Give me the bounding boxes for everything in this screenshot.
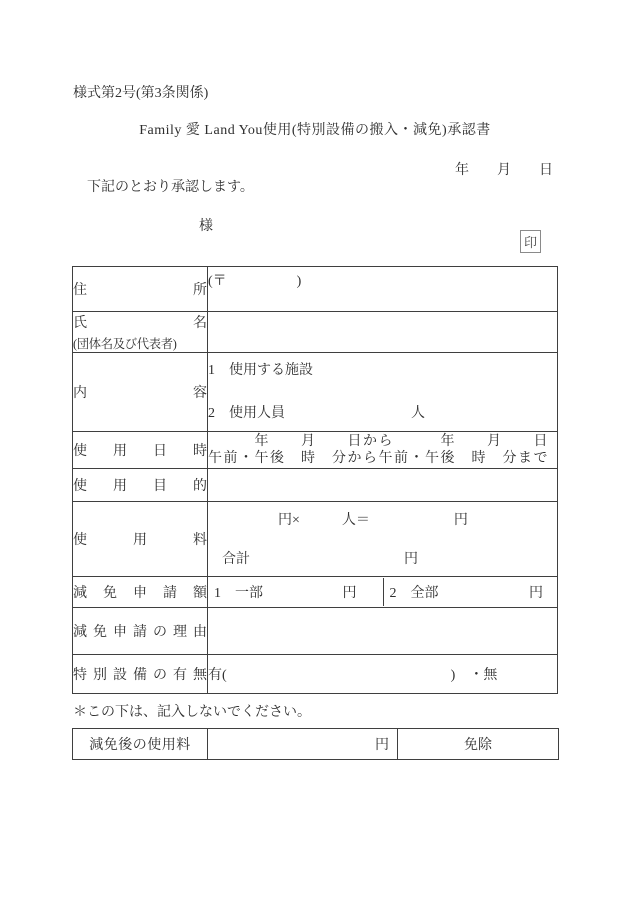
fee-total: 合計 円: [208, 548, 557, 568]
row-content: 内容 1 使用する施設 2 使用人員 人: [73, 353, 558, 432]
special-equipment-label: 特別設備の有無: [73, 664, 207, 684]
fee-after-reduction-label: 減免後の使用料: [73, 729, 208, 760]
name-value: [208, 312, 558, 353]
row-name: 氏名 (団体名及び代表者): [73, 312, 558, 353]
name-label-sub: (団体名及び代表者): [73, 334, 207, 352]
row-fee: 使用料 円× 人＝ 円 合計 円: [73, 502, 558, 577]
reduction-full-label: 2 全部: [390, 582, 439, 602]
form-page: 様式第2号(第3条関係) Family 愛 Land You使用(特別設備の搬入…: [0, 0, 630, 915]
fee-after-reduction-unit: 円: [208, 729, 398, 760]
date-line: 年 月 日: [455, 159, 553, 179]
content-item-persons: 2 使用人員 人: [208, 402, 557, 422]
datetime-label: 使用日時: [73, 440, 207, 460]
exemption-label: 免除: [398, 729, 559, 760]
reduction-partial-cell: 1 一部 円: [208, 578, 383, 606]
office-note: ＊この下は、記入しないでください。: [73, 701, 311, 721]
reduction-partial-unit: 円: [343, 582, 357, 602]
reduction-reason-label: 減免申請の理由: [73, 621, 207, 641]
purpose-value: [208, 469, 558, 502]
fee-label: 使用料: [73, 529, 207, 549]
content-item-facility: 1 使用する施設: [208, 359, 557, 379]
document-title: Family 愛 Land You使用(特別設備の搬入・減免)承認書: [0, 119, 630, 139]
reduction-amount-label: 減免申請額: [73, 582, 207, 602]
seal-box: 印: [520, 230, 541, 253]
address-label: 住所: [73, 279, 207, 299]
addressee-suffix: 様: [199, 215, 213, 235]
row-reduction-amount: 減免申請額 1 一部 円 2 全部 円: [73, 577, 558, 608]
row-datetime: 使用日時 年 月 日から 年 月 日 午前・午後 時 分から午前・午後 時 分ま…: [73, 432, 558, 469]
reduction-partial-label: 1 一部: [214, 582, 263, 602]
reduction-reason-value: [208, 608, 558, 655]
fee-formula: 円× 人＝ 円: [208, 509, 557, 529]
purpose-label: 使用目的: [73, 475, 207, 495]
reduction-full-cell: 2 全部 円: [383, 578, 558, 606]
datetime-line1: 年 月 日から 年 月 日: [208, 433, 557, 450]
row-special-equipment: 特別設備の有無 有( ) ・無: [73, 655, 558, 694]
form-number: 様式第2号(第3条関係): [73, 82, 208, 102]
datetime-line2: 午前・午後 時 分から午前・午後 時 分まで: [208, 450, 557, 467]
special-equipment-value: 有( ) ・無: [208, 664, 557, 684]
seal-mark: 印: [524, 232, 537, 251]
application-table: 住所 (〒 ) 氏名 (団体名及び代表者) 内容 1 使用する施設 2 使用人員…: [72, 266, 558, 694]
approval-statement: 下記のとおり承認します。: [87, 176, 254, 196]
row-address: 住所 (〒 ): [73, 267, 558, 312]
office-row: 減免後の使用料 円 免除: [73, 729, 559, 760]
content-label: 内容: [73, 382, 207, 402]
office-use-table: 減免後の使用料 円 免除: [72, 728, 559, 760]
row-reduction-reason: 減免申請の理由: [73, 608, 558, 655]
address-value: (〒 ): [208, 270, 557, 290]
row-purpose: 使用目的: [73, 469, 558, 502]
name-label: 氏名: [73, 312, 207, 332]
reduction-full-unit: 円: [529, 582, 543, 602]
